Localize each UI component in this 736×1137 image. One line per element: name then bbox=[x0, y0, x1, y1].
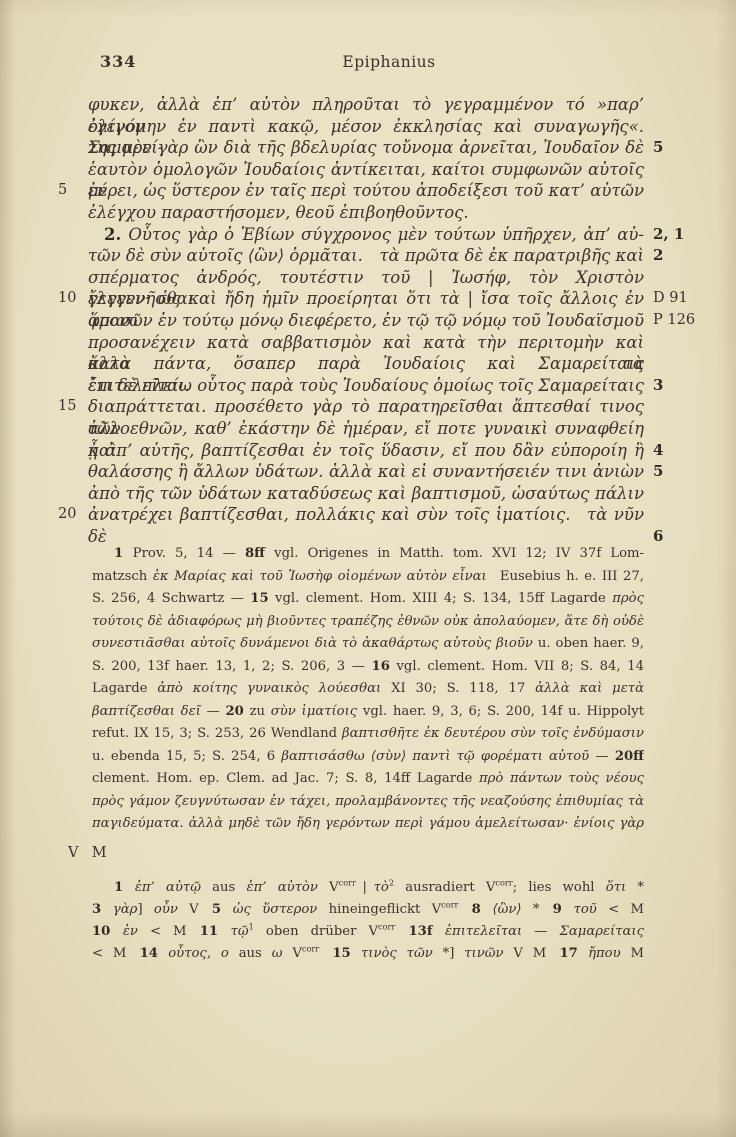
greek-line-text: ἀπὸ τῆς τῶν ὑδάτων καταδύσεως καὶ βαπτισ… bbox=[88, 484, 644, 503]
book-page: 334 Epiphanius φυκεν, ἀλλὰ ἐπ’ αὐτὸν πλη… bbox=[0, 0, 736, 1137]
greek-line-text: θαλάσσης ἢ ἄλλων ὑδάτων. ἀλλὰ καὶ εἰ συν… bbox=[88, 462, 644, 481]
testimonia-line: συνεστιᾶσθαι αὐτοῖς δυνάμενοι διὰ τὸ ἀκα… bbox=[92, 633, 644, 656]
greek-text-line: φυκεν, ἀλλὰ ἐπ’ αὐτὸν πληροῦται τὸ γεγρα… bbox=[88, 94, 644, 116]
running-title: Epiphanius bbox=[104, 53, 674, 71]
margin-ref: 6 bbox=[653, 526, 731, 548]
greek-text-line: 2. Οὗτος γὰρ ὁ Ἐβίων σύγχρονος μὲν τούτω… bbox=[88, 224, 644, 246]
siglum-m: M bbox=[92, 845, 107, 861]
greek-text-line: 15διαπράττεται. προσέθετο γὰρ τὸ παρατηρ… bbox=[88, 396, 644, 418]
testimonia-line: S. 256, 4 Schwartz — 15 vgl. clement. Ho… bbox=[92, 588, 644, 611]
greek-line-text: ἔτι δὲ πλείω οὗτος παρὰ τοὺς Ἰουδαίους ὁ… bbox=[88, 376, 644, 395]
margin-ref: P 126 bbox=[653, 310, 731, 332]
manuscript-sigla: VM bbox=[68, 845, 107, 861]
apparatus-testimonia: 1 Prov. 5, 14 — 8ff vgl. Origenes in Mat… bbox=[92, 543, 644, 836]
line-number: 5 bbox=[58, 180, 84, 202]
greek-text-line: 5μέρει, ὡς ὕστερον ἐν ταῖς περὶ τούτου ἀ… bbox=[88, 180, 644, 202]
testimonia-line: refut. IX 15, 3; S. 253, 26 Wendland βαπ… bbox=[92, 723, 644, 746]
greek-text-line: ἔτι δὲ πλείω οὗτος παρὰ τοὺς Ἰουδαίους ὁ… bbox=[88, 375, 644, 397]
greek-line-text: ἀνατρέχει βαπτίζεσθαι, πολλάκις καὶ σὺν … bbox=[88, 505, 649, 546]
testimonia-line: u. ebenda 15, 5; S. 254, 6 βαπτισάσθω ⟨σ… bbox=[92, 746, 644, 769]
greek-text-line: τῶν δὲ σὺν αὐτοῖς ⟨ὢν⟩ ὁρμᾶται. τὰ πρῶτα… bbox=[88, 245, 644, 267]
greek-line-text: 2. Οὗτος γὰρ ὁ Ἐβίων σύγχρονος μὲν τούτω… bbox=[88, 225, 644, 244]
greek-text-line: 20ἀνατρέχει βαπτίζεσθαι, πολλάκις καὶ σὺ… bbox=[88, 504, 644, 526]
greek-text-line: ἄλλα πάντα, ὅσαπερ παρὰ Ἰουδαίοις καὶ Σα… bbox=[88, 353, 644, 375]
greek-text-line: 10ἔλεγεν· ὡς καὶ ἤδη ἡμῖν προείρηται ὅτι… bbox=[88, 288, 644, 310]
greek-text-line: σπέρματος ἀνδρός, τουτέστιν τοῦ | Ἰωσήφ,… bbox=[88, 267, 644, 289]
greek-text-line: ἀλλοεθνῶν, καθ’ ἑκάστην δὲ ἡμέραν, εἴ πο… bbox=[88, 418, 644, 440]
criticus-line: 3 γὰρ] οὖν V 5 ὡς ὕστερον hineingeflickt… bbox=[92, 899, 644, 921]
margin-ref: D 91 bbox=[653, 288, 731, 310]
line-number: 10 bbox=[58, 288, 84, 310]
margin-ref: 3 bbox=[653, 375, 731, 397]
apparatus-criticus: 1 ἐπ’ αὐτῷ aus ἐπ’ αὐτὸν Vcorr | τὸ2 aus… bbox=[92, 877, 644, 965]
testimonia-line: S. 200, 13f haer. 13, 1, 2; S. 206, 3 — … bbox=[92, 656, 644, 679]
testimonia-line: 1 Prov. 5, 14 — 8ff vgl. Origenes in Mat… bbox=[92, 543, 644, 566]
greek-line-text: ᾖ ἀπ’ αὐτῆς, βαπτίζεσθαι ἐν τοῖς ὕδασιν,… bbox=[88, 441, 644, 460]
greek-text-line: θαλάσσης ἢ ἄλλων ὑδάτων. ἀλλὰ καὶ εἰ συν… bbox=[88, 461, 644, 483]
greek-line-text: ἐλέγχου παραστήσομεν, θεοῦ ἐπιβοηθοῦντος… bbox=[88, 203, 469, 222]
greek-text-line: ἐλέγχου παραστήσομεν, θεοῦ ἐπιβοηθοῦντος… bbox=[88, 202, 644, 224]
line-number: 20 bbox=[58, 504, 84, 526]
margin-ref: 5 bbox=[653, 461, 731, 483]
siglum-v: V bbox=[68, 845, 79, 861]
greek-text-line: προσανέχειν κατὰ σαββατισμὸν καὶ κατὰ τὴ… bbox=[88, 332, 644, 354]
margin-ref: 2, 1 bbox=[653, 224, 731, 246]
greek-text-block: φυκεν, ἀλλὰ ἐπ’ αὐτὸν πληροῦται τὸ γεγρα… bbox=[88, 94, 644, 526]
margin-ref: 2 bbox=[653, 245, 731, 267]
criticus-line: 10 ἐν < M 11 τῷ1 oben drüber Vcorr 13f ἐ… bbox=[92, 921, 644, 943]
margin-ref: 5 bbox=[653, 137, 731, 159]
greek-line-text: τῶν δὲ σὺν αὐτοῖς ⟨ὢν⟩ ὁρμᾶται. τὰ πρῶτα… bbox=[88, 246, 644, 265]
testimonia-line: πρὸς γάμον ζευγνύτωσαν ἐν τάχει, προλαμβ… bbox=[92, 791, 644, 814]
testimonia-line: βαπτίζεσθαι δεῖ — 20 zu σὺν ἱματίοις vgl… bbox=[92, 701, 644, 724]
greek-line-text: της μὲν γὰρ ὢν διὰ τῆς βδελυρίας τοὔνομα… bbox=[88, 138, 644, 157]
testimonia-line: παγιδεύματα. ἀλλὰ μηδὲ τῶν ἤδη γερόντων … bbox=[92, 813, 644, 836]
greek-text-line: φρονῶν ἐν τούτῳ μόνῳ διεφέρετο, ἐν τῷ τῷ… bbox=[88, 310, 644, 332]
greek-text-line: ἐγενόμην ἐν παντὶ κακῷ, μέσον ἐκκλησίας … bbox=[88, 116, 644, 138]
testimonia-line: τούτοις δὲ ἀδιαφόρως μὴ βιοῦντες τραπέζη… bbox=[92, 611, 644, 634]
margin-ref: 4 bbox=[653, 440, 731, 462]
criticus-line: 1 ἐπ’ αὐτῷ aus ἐπ’ αὐτὸν Vcorr | τὸ2 aus… bbox=[92, 877, 644, 899]
greek-text-line: ᾖ ἀπ’ αὐτῆς, βαπτίζεσθαι ἐν τοῖς ὕδασιν,… bbox=[88, 440, 644, 462]
testimonia-line: Lagarde ἀπὸ κοίτης γυναικὸς λούεσθαι XI … bbox=[92, 678, 644, 701]
testimonia-line: clement. Hom. ep. Clem. ad Jac. 7; S. 8,… bbox=[92, 768, 644, 791]
greek-line-text: μέρει, ὡς ὕστερον ἐν ταῖς περὶ τούτου ἀπ… bbox=[88, 181, 644, 200]
line-number: 15 bbox=[58, 396, 84, 418]
greek-text-line: ἑαυτὸν ὁμολογῶν Ἰουδαίοις ἀντίκειται, κα… bbox=[88, 159, 644, 181]
testimonia-line: matzsch ἐκ Μαρίας καὶ τοῦ Ἰωσὴφ οἰομένων… bbox=[92, 566, 644, 589]
greek-text-line: της μὲν γὰρ ὢν διὰ τῆς βδελυρίας τοὔνομα… bbox=[88, 137, 644, 159]
greek-text-line: ἀπὸ τῆς τῶν ὑδάτων καταδύσεως καὶ βαπτισ… bbox=[88, 483, 644, 505]
criticus-line: < M 14 οὗτος, ο aus ω Vcorr 15 τινὸς τῶν… bbox=[92, 943, 644, 965]
greek-line-text: φρονῶν ἐν τούτῳ μόνῳ διεφέρετο, ἐν τῷ τῷ… bbox=[88, 311, 644, 330]
